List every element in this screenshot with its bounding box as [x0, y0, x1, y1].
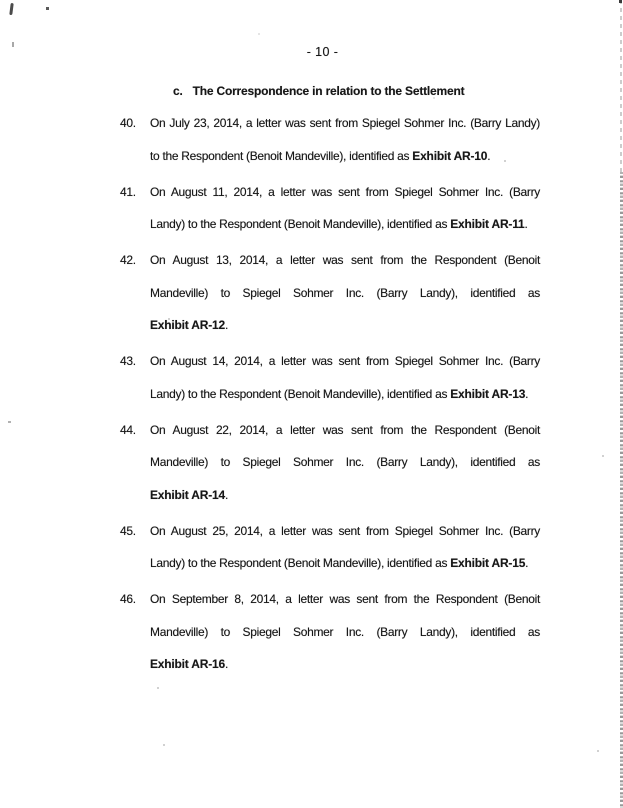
text-run: On August 13, 2014, a letter was sent fr… — [150, 253, 540, 267]
text-run: Mandeville) to Spiegel Sohmer Inc. (Barr… — [150, 455, 540, 469]
text-run: . — [225, 488, 228, 502]
text-run: Mandeville) to Spiegel Sohmer Inc. (Barr… — [150, 286, 540, 300]
list-item: 40. On July 23, 2014, a letter was sent … — [120, 107, 540, 172]
exhibit-reference: Exhibit AR-10 — [412, 149, 487, 163]
section-heading-index: c. — [173, 84, 183, 99]
paragraph-lines: On August 11, 2014, a letter was sent fr… — [150, 176, 540, 241]
text-run: Landy) to the Respondent (Benoit Mandevi… — [150, 556, 450, 570]
exhibit-reference: Exhibit AR-16 — [150, 657, 225, 671]
exhibit-reference: Exhibit AR-12 — [150, 318, 225, 332]
text-run: . — [525, 556, 528, 570]
exhibit-reference: Exhibit AR-11 — [450, 217, 524, 231]
paragraph-line: Exhibit AR-12. — [150, 309, 540, 342]
paragraph-line: On August 25, 2014, a letter was sent fr… — [150, 515, 540, 548]
paragraph-line: to the Respondent (Benoit Mandeville), i… — [150, 140, 540, 173]
paragraph-number: 43. — [120, 345, 136, 378]
paragraph-line: Exhibit AR-14. — [150, 479, 540, 512]
paragraph-number: 45. — [120, 515, 136, 548]
text-run: . — [225, 318, 228, 332]
list-item: 41. On August 11, 2014, a letter was sen… — [120, 176, 540, 241]
exhibit-reference: Exhibit AR-14 — [150, 488, 225, 502]
paragraph-lines: On September 8, 2014, a letter was sent … — [150, 583, 540, 681]
section-heading: c.The Correspondence in relation to the … — [173, 84, 623, 99]
list-item: 43. On August 14, 2014, a letter was sen… — [120, 345, 540, 410]
text-run: Landy) to the Respondent (Benoit Mandevi… — [150, 387, 450, 401]
text-run: . — [525, 387, 528, 401]
paragraph-line: Mandeville) to Spiegel Sohmer Inc. (Barr… — [150, 277, 540, 310]
scan-speck — [258, 33, 260, 35]
paragraph-line: On August 14, 2014, a letter was sent fr… — [150, 345, 540, 378]
list-item: 46. On September 8, 2014, a letter was s… — [120, 583, 540, 681]
paragraph-number: 44. — [120, 414, 136, 447]
paragraph-list: 40. On July 23, 2014, a letter was sent … — [120, 107, 540, 681]
text-run: Mandeville) to Spiegel Sohmer Inc. (Barr… — [150, 625, 540, 639]
text-run: . — [225, 657, 228, 671]
paragraph-lines: On August 22, 2014, a letter was sent fr… — [150, 414, 540, 512]
paragraph-line: On August 22, 2014, a letter was sent fr… — [150, 414, 540, 447]
paragraph-number: 42. — [120, 244, 136, 277]
scan-speck — [163, 744, 165, 746]
text-run: On September 8, 2014, a letter was sent … — [150, 592, 540, 606]
paragraph-line: Mandeville) to Spiegel Sohmer Inc. (Barr… — [150, 446, 540, 479]
list-item: 42. On August 13, 2014, a letter was sen… — [120, 244, 540, 342]
text-run: On August 11, 2014, a letter was sent fr… — [150, 185, 540, 199]
list-item: 44. On August 22, 2014, a letter was sen… — [120, 414, 540, 512]
paragraph-lines: On August 25, 2014, a letter was sent fr… — [150, 515, 540, 580]
scan-corner-dot — [619, 0, 622, 3]
text-run: On July 23, 2014, a letter was sent from… — [150, 116, 540, 130]
paragraph-line: Landy) to the Respondent (Benoit Mandevi… — [150, 378, 540, 411]
scan-speck — [602, 455, 604, 457]
scan-speck — [8, 421, 11, 423]
paragraph-number: 46. — [120, 583, 136, 616]
paragraph-line: Exhibit AR-16. — [150, 648, 540, 681]
paragraph-line: Landy) to the Respondent (Benoit Mandevi… — [150, 547, 540, 580]
text-run: On August 14, 2014, a letter was sent fr… — [150, 354, 540, 368]
paragraph-line: On August 13, 2014, a letter was sent fr… — [150, 244, 540, 277]
paragraph-line: On July 23, 2014, a letter was sent from… — [150, 107, 540, 140]
paragraph-line: On August 11, 2014, a letter was sent fr… — [150, 176, 540, 209]
pen-mark — [9, 3, 13, 15]
scan-speck — [157, 687, 159, 689]
section-heading-title: The Correspondence in relation to the Se… — [193, 84, 465, 98]
paragraph-line: Mandeville) to Spiegel Sohmer Inc. (Barr… — [150, 616, 540, 649]
pen-mark — [46, 7, 49, 10]
document-page: - 10 - c.The Correspondence in relation … — [0, 0, 623, 808]
page-number: - 10 - — [0, 45, 623, 60]
text-run: . — [487, 149, 490, 163]
list-item: 45. On August 25, 2014, a letter was sen… — [120, 515, 540, 580]
paragraph-number: 40. — [120, 107, 136, 140]
paragraph-lines: On August 14, 2014, a letter was sent fr… — [150, 345, 540, 410]
paragraph-number: 41. — [120, 176, 136, 209]
paragraph-lines: On August 13, 2014, a letter was sent fr… — [150, 244, 540, 342]
exhibit-reference: Exhibit AR-13 — [450, 387, 525, 401]
paragraph-line: Landy) to the Respondent (Benoit Mandevi… — [150, 208, 540, 241]
paragraph-lines: On July 23, 2014, a letter was sent from… — [150, 107, 540, 172]
text-run: On August 25, 2014, a letter was sent fr… — [150, 524, 540, 538]
text-run: to the Respondent (Benoit Mandeville), i… — [150, 149, 412, 163]
exhibit-reference: Exhibit AR-15 — [450, 556, 525, 570]
scan-speck — [597, 750, 599, 752]
text-run: . — [525, 217, 528, 231]
paragraph-line: On September 8, 2014, a letter was sent … — [150, 583, 540, 616]
text-run: Landy) to the Respondent (Benoit Mandevi… — [150, 217, 450, 231]
text-run: On August 22, 2014, a letter was sent fr… — [150, 423, 540, 437]
